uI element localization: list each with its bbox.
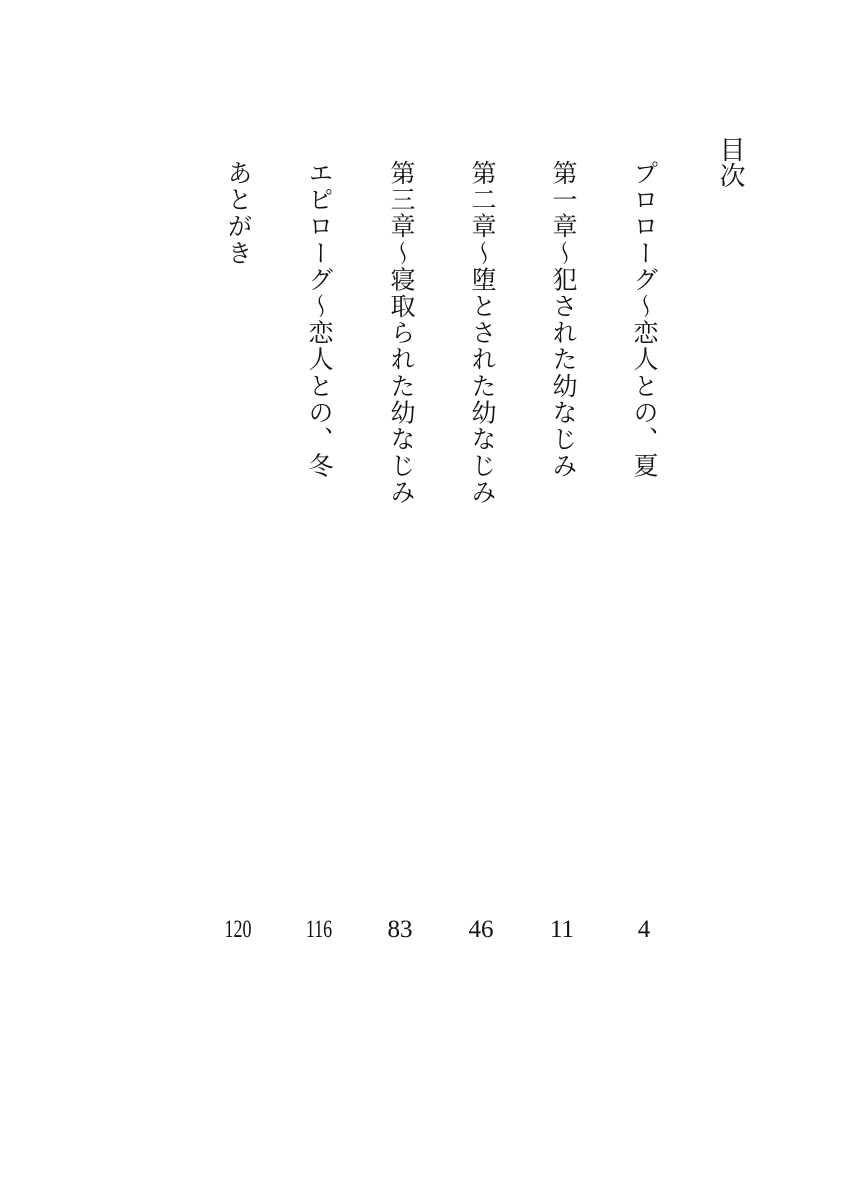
toc-entry-title-chapter-1[interactable]: 第一章～犯された幼なじみ — [547, 160, 579, 479]
toc-heading: 目次 — [713, 136, 747, 188]
toc-entry-page-chapter-3[interactable]: 83 — [370, 914, 430, 946]
toc-entry-page-chapter-2[interactable]: 46 — [451, 914, 511, 946]
toc-entry-page-epilogue[interactable]: 116 — [297, 914, 340, 946]
toc-entry-title-epilogue[interactable]: エピローグ～恋人との、冬 — [303, 160, 335, 479]
book-page: 目次 プロローグ～恋人との、夏 4 第一章～犯された幼なじみ 11 第二章～堕と… — [0, 0, 844, 1200]
toc-entry-title-chapter-2[interactable]: 第二章～堕とされた幼なじみ — [466, 160, 498, 506]
toc-entry-page-afterword[interactable]: 120 — [216, 914, 259, 946]
toc-entry-title-chapter-3[interactable]: 第三章～寝取られた幼なじみ — [385, 160, 417, 506]
toc-entry-page-prologue[interactable]: 4 — [614, 914, 674, 946]
toc-entry-title-afterword[interactable]: あとがき — [222, 160, 254, 266]
toc-entry-page-chapter-1[interactable]: 11 — [532, 914, 592, 946]
toc-entry-title-prologue[interactable]: プロローグ～恋人との、夏 — [628, 160, 660, 479]
